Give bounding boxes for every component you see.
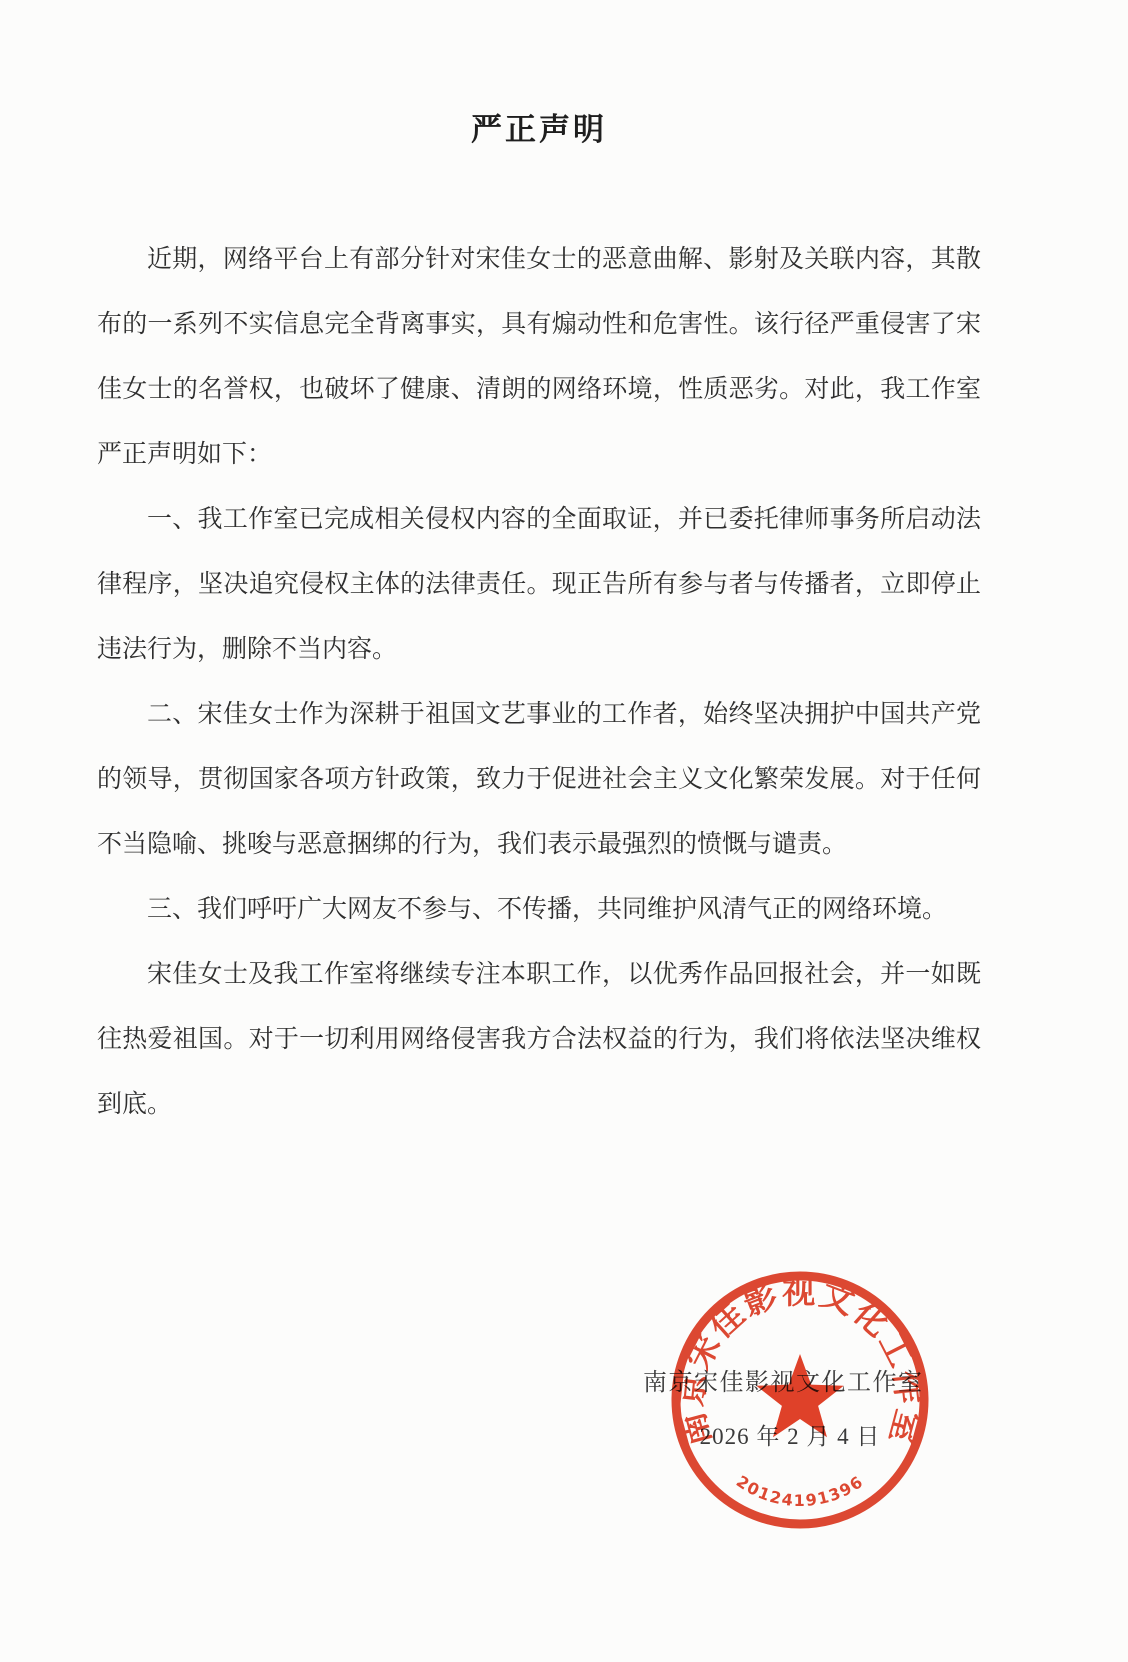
date-line: 2026 年 2 月 4 日 bbox=[690, 1418, 890, 1451]
paragraph: 一、我工作室已完成相关侵权内容的全面取证，并已委托律师事务所启动法律程序，坚决追… bbox=[97, 487, 981, 682]
paragraph: 近期，网络平台上有部分针对宋佳女士的恶意曲解、影射及关联内容，其散布的一系列不实… bbox=[97, 227, 981, 487]
text-line: 二、宋佳女士作为深耕于祖国文艺事业的工作者，始终坚决拥护中国共产党 bbox=[97, 682, 981, 747]
text-line: 违法行为，删除不当内容。 bbox=[97, 617, 981, 682]
text-line: 布的一系列不实信息完全背离事实，具有煽动性和危害性。该行径严重侵害了宋 bbox=[97, 292, 981, 357]
text-line: 严正声明如下： bbox=[97, 422, 981, 487]
text-line: 到底。 bbox=[97, 1072, 981, 1137]
text-line: 佳女士的名誉权，也破坏了健康、清朗的网络环境，性质恶劣。对此，我工作室 bbox=[97, 357, 981, 422]
text-line: 一、我工作室已完成相关侵权内容的全面取证，并已委托律师事务所启动法 bbox=[97, 487, 981, 552]
paragraph: 宋佳女士及我工作室将继续专注本职工作，以优秀作品回报社会，并一如既往热爱祖国。对… bbox=[97, 942, 981, 1137]
document-page: 严正声明 近期，网络平台上有部分针对宋佳女士的恶意曲解、影射及关联内容，其散布的… bbox=[0, 0, 1128, 1662]
page-title: 严正声明 bbox=[97, 104, 981, 149]
official-seal: 南京宋佳影视文化工作室 3201241913964 bbox=[655, 1255, 945, 1545]
text-line: 宋佳女士及我工作室将继续专注本职工作，以优秀作品回报社会，并一如既 bbox=[97, 942, 981, 1007]
paragraph: 二、宋佳女士作为深耕于祖国文艺事业的工作者，始终坚决拥护中国共产党的领导，贯彻国… bbox=[97, 682, 981, 877]
text-line: 不当隐喻、挑唆与恶意捆绑的行为，我们表示最强烈的愤慨与谴责。 bbox=[97, 812, 981, 877]
signature-line: 南京宋佳影视文化工作室 bbox=[643, 1362, 924, 1397]
text-line: 三、我们呼吁广大网友不参与、不传播，共同维护风清气正的网络环境。 bbox=[97, 877, 981, 942]
text-line: 律程序，坚决追究侵权主体的法律责任。现正告所有参与者与传播者，立即停止 bbox=[97, 552, 981, 617]
paragraph: 三、我们呼吁广大网友不参与、不传播，共同维护风清气正的网络环境。 bbox=[97, 877, 981, 942]
text-line: 往热爱祖国。对于一切利用网络侵害我方合法权益的行为，我们将依法坚决维权 bbox=[97, 1007, 981, 1072]
seal-ring bbox=[676, 1276, 924, 1524]
text-line: 的领导，贯彻国家各项方针政策，致力于促进社会主义文化繁荣发展。对于任何 bbox=[97, 747, 981, 812]
text-line: 近期，网络平台上有部分针对宋佳女士的恶意曲解、影射及关联内容，其散 bbox=[97, 227, 981, 292]
statement-body: 近期，网络平台上有部分针对宋佳女士的恶意曲解、影射及关联内容，其散布的一系列不实… bbox=[97, 227, 981, 1137]
